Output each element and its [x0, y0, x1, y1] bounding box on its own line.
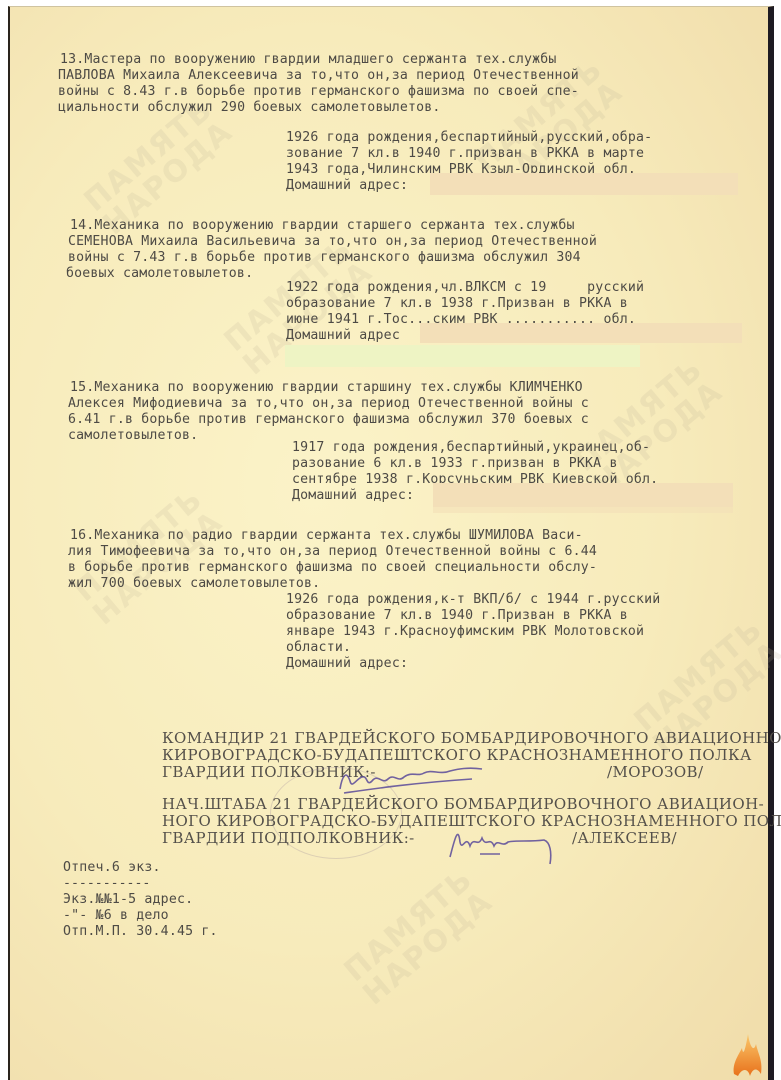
home-address-label: Домашний адрес:: [286, 655, 408, 673]
signatory-rank: ГВАРДИИ ПОДПОЛКОВНИК:-: [162, 830, 415, 847]
redacted-address: [433, 505, 733, 513]
signatory-name: /МОРОЗОВ/: [607, 764, 703, 781]
entry-text-line: циальности обслужил 290 боевых самолетов…: [58, 99, 441, 117]
home-address-label: Домашний адрес:: [292, 487, 414, 505]
typist-date-line: Отп.М.П. 30.4.45 г.: [63, 923, 218, 941]
document-page: ПАМЯТЬ НАРОДА ПАМЯТЬ НАРОДА ПАМЯТЬ НАРОД…: [8, 6, 774, 1080]
entry-text-line: жил 700 боевых самолетовылетов.: [68, 575, 320, 593]
redacted-address: [420, 323, 742, 343]
flame-logo-icon: [730, 1026, 764, 1078]
signatory-title-line: НАЧ.ШТАБА 21 ГВАРДЕЙСКОГО БОМБАРДИРОВОЧН…: [162, 796, 764, 813]
signatory-name: /АЛЕКСЕЕВ/: [572, 830, 677, 847]
signatory-title-line: КОМАНДИР 21 ГВАРДЕЙСКОГО БОМБАРДИРОВОЧНО…: [162, 730, 781, 747]
handwritten-signature: [440, 812, 580, 867]
entry-text-line: самолетовылетов.: [68, 427, 198, 445]
redacted-address: [285, 345, 640, 367]
watermark: ПАМЯТЬ НАРОДА: [339, 863, 498, 1010]
redacted-address: [430, 173, 738, 195]
home-address-label: Домашний адрес: [286, 327, 400, 345]
redacted-address: [433, 483, 733, 507]
home-address-label: Домашний адрес:: [286, 177, 408, 195]
entry-text-line: боевых самолетовылетов.: [66, 265, 253, 283]
